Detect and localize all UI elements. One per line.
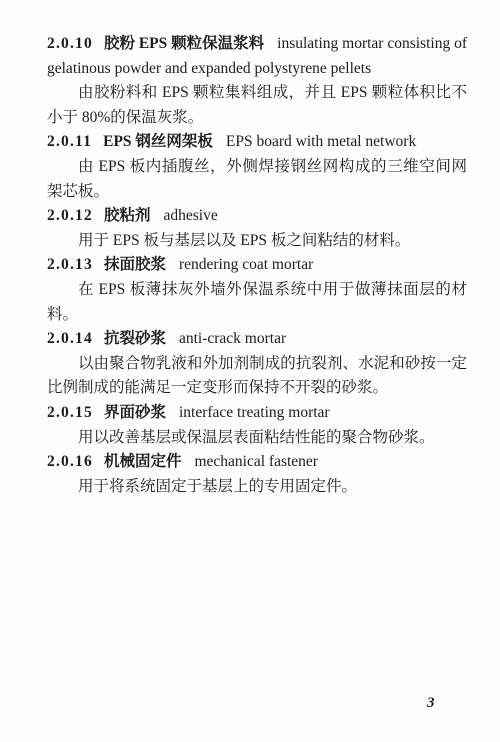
term-heading: 2.0.13抹面胶浆rendering coat mortar — [47, 253, 467, 278]
term-number: 2.0.16 — [47, 453, 93, 470]
term-definition: 用于将系统固定于基层上的专用固定件。 — [47, 475, 467, 500]
term-chinese: 机械固定件 — [104, 453, 182, 470]
term-number: 2.0.15 — [47, 404, 93, 421]
term-entry: 2.0.15界面砂浆interface treating mortar 用以改善… — [47, 401, 467, 450]
term-chinese: EPS 钢丝网架板 — [103, 133, 213, 150]
term-number: 2.0.10 — [47, 35, 93, 52]
term-definition: 用以改善基层或保温层表面粘结性能的聚合物砂浆。 — [47, 426, 467, 451]
term-english: EPS board with metal network — [226, 133, 416, 150]
term-number: 2.0.11 — [47, 133, 92, 150]
term-chinese: 抗裂砂浆 — [104, 330, 166, 347]
term-chinese: 胶粉 EPS 颗粒保温浆料 — [104, 35, 264, 52]
terminology-section: 2.0.10胶粉 EPS 颗粒保温浆料insulating mortar con… — [47, 32, 467, 499]
term-entry: 2.0.10胶粉 EPS 颗粒保温浆料insulating mortar con… — [47, 32, 467, 130]
term-number: 2.0.14 — [47, 330, 93, 347]
term-number: 2.0.12 — [47, 207, 93, 224]
term-english: adhesive — [163, 207, 217, 224]
term-number: 2.0.13 — [47, 256, 93, 273]
term-heading: 2.0.10胶粉 EPS 颗粒保温浆料insulating mortar con… — [47, 32, 467, 81]
term-chinese: 胶粘剂 — [104, 207, 151, 224]
term-heading: 2.0.11EPS 钢丝网架板EPS board with metal netw… — [47, 130, 467, 155]
term-heading: 2.0.15界面砂浆interface treating mortar — [47, 401, 467, 426]
term-chinese: 界面砂浆 — [104, 404, 166, 421]
term-english: interface treating mortar — [179, 404, 330, 421]
term-definition: 以由聚合物乳液和外加剂制成的抗裂剂、水泥和砂按一定比例制成的能满足一定变形而保持… — [47, 352, 467, 401]
term-definition: 在 EPS 板薄抹灰外墙外保温系统中用于做薄抹面层的材料。 — [47, 278, 467, 327]
document-page: 2.0.10胶粉 EPS 颗粒保温浆料insulating mortar con… — [0, 0, 500, 742]
term-english: rendering coat mortar — [179, 256, 313, 273]
page-number: 3 — [427, 695, 435, 712]
term-heading: 2.0.14抗裂砂浆anti-crack mortar — [47, 327, 467, 352]
term-definition: 由胶粉料和 EPS 颗粒集料组成，并且 EPS 颗粒体积比不小于 80%的保温灰… — [47, 81, 467, 130]
term-english: anti-crack mortar — [179, 330, 286, 347]
term-entry: 2.0.12胶粘剂adhesive 用于 EPS 板与基层以及 EPS 板之间粘… — [47, 204, 467, 253]
term-entry: 2.0.13抹面胶浆rendering coat mortar 在 EPS 板薄… — [47, 253, 467, 327]
term-definition: 由 EPS 板内插腹丝，外侧焊接钢丝网构成的三维空间网架芯板。 — [47, 155, 467, 204]
term-definition: 用于 EPS 板与基层以及 EPS 板之间粘结的材料。 — [47, 229, 467, 254]
term-chinese: 抹面胶浆 — [104, 256, 166, 273]
term-english: mechanical fastener — [194, 453, 318, 470]
term-entry: 2.0.11EPS 钢丝网架板EPS board with metal netw… — [47, 130, 467, 204]
term-entry: 2.0.14抗裂砂浆anti-crack mortar 以由聚合物乳液和外加剂制… — [47, 327, 467, 401]
term-heading: 2.0.16机械固定件mechanical fastener — [47, 450, 467, 475]
term-entry: 2.0.16机械固定件mechanical fastener 用于将系统固定于基… — [47, 450, 467, 499]
term-heading: 2.0.12胶粘剂adhesive — [47, 204, 467, 229]
